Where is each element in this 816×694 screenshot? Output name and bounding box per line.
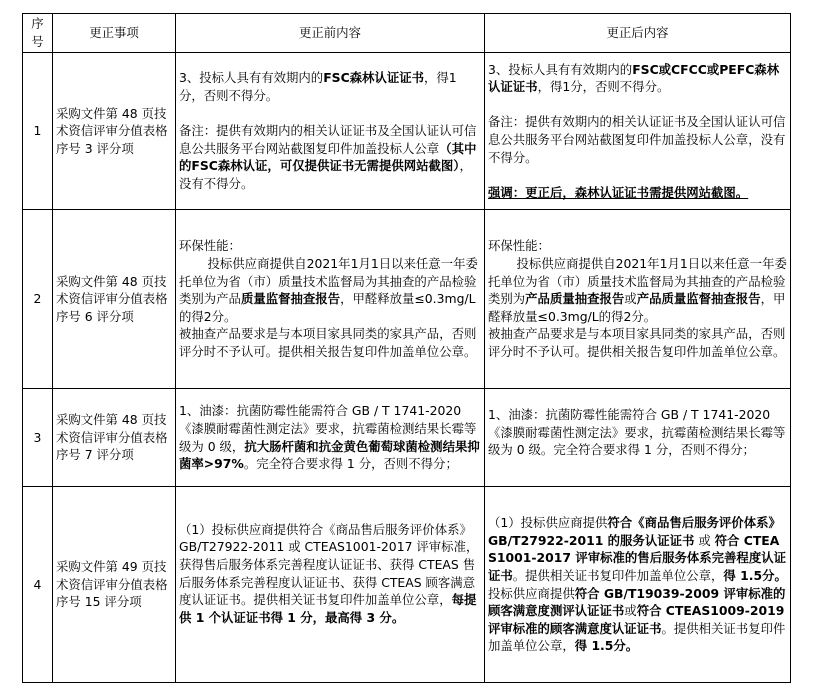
after-paragraph: 投标供应商提供自2021年1月1日以来任意一年委托单位为省（市）质量技术监督局为… [488,255,787,325]
bold-text: 得 1.5分。 [575,638,638,653]
before-paragraph: 3、投标人具有有效期内的FSC森林认证证书，得1分，否则不得分。 [179,69,481,104]
after-paragraph: （1）投标供应商提供符合《商品售后服务评价体系》GB/T27922-2011 的… [488,514,787,584]
table-row: 1 采购文件第 48 页技术资信评审分值表格序号 3 评分项 3、投标人具有有效… [23,53,791,210]
row-seq: 2 [23,210,53,389]
text: 或 [624,603,636,618]
table-row: 4 采购文件第 49 页技术资信评审分值表格序号 15 评分项 （1）投标供应商… [23,487,791,683]
bold-text: 产品质量监督抽查报告 [637,291,761,306]
before-content: 3、投标人具有有效期内的FSC森林认证证书，得1分，否则不得分。 备注：提供有效… [176,53,485,210]
before-paragraph: 被抽查产品要求是与本项目家具同类的家具产品，否则评分时不予认可。提供相关报告复印… [179,325,481,360]
after-paragraph: 1、油漆：抗菌防霉性能需符合 GB / T 1741-2020《漆膜耐霉菌性测定… [488,406,787,459]
after-paragraph: 投标供应商提供符合 GB/T19039-2009 评审标准的顾客满意度测评认证证… [488,585,787,655]
correction-table: 序号 更正事项 更正前内容 更正后内容 1 采购文件第 48 页技术资信评审分值… [22,13,791,683]
row-item: 采购文件第 48 页技术资信评审分值表格序号 7 评分项 [53,389,176,487]
before-paragraph: （1）投标供应商提供符合《商品售后服务评价体系》GB/T27922-2011 或… [179,521,481,627]
bold-text: 产品质量抽查报告 [525,291,624,306]
after-paragraph: 被抽查产品要求是与本项目家具同类的家具产品，否则评分时不予认可。提供相关报告复印… [488,325,787,360]
text: 3、投标人具有有效期内的 [179,70,323,85]
text: 或 [624,291,636,306]
after-content: （1）投标供应商提供符合《商品售后服务评价体系》GB/T27922-2011 的… [485,487,791,683]
row-seq: 1 [23,53,53,210]
before-note: 备注：提供有效期内的相关认证证书及全国认证认可信息公共服务平台网站截图复印件加盖… [179,122,481,192]
after-content: 1、油漆：抗菌防霉性能需符合 GB / T 1741-2020《漆膜耐霉菌性测定… [485,389,791,487]
after-note: 备注：提供有效期内的相关认证证书及全国认证认可信息公共服务平台网站截图复印件加盖… [488,113,787,166]
row-item: 采购文件第 49 页技术资信评审分值表格序号 15 评分项 [53,487,176,683]
before-content: 1、油漆：抗菌防霉性能需符合 GB / T 1741-2020《漆膜耐霉菌性测定… [176,389,485,487]
row-item: 采购文件第 48 页技术资信评审分值表格序号 3 评分项 [53,53,176,210]
table-row: 2 采购文件第 48 页技术资信评审分值表格序号 6 评分项 环保性能： 投标供… [23,210,791,389]
bold-text: FSC森林认证证书 [323,70,424,85]
emphasis-note: 强调：更正后，森林认证证书需提供网站截图。 [488,184,787,202]
header-seq: 序号 [23,14,53,53]
text: （1）投标供应商提供符合《商品售后服务评价体系》GB/T27922-2011 或… [179,522,478,607]
text: 。提供相关证书复印件加盖单位公章， [513,568,724,583]
text: ，得1分，否则不得分。 [538,79,670,94]
before-paragraph: 投标供应商提供自2021年1月1日以来任意一年委托单位为省（市）质量技术监督局为… [179,255,481,325]
row-seq: 3 [23,389,53,487]
table-row: 3 采购文件第 48 页技术资信评审分值表格序号 7 评分项 1、油漆：抗菌防霉… [23,389,791,487]
before-content: 环保性能： 投标供应商提供自2021年1月1日以来任意一年委托单位为省（市）质量… [176,210,485,389]
text: 或 [694,533,714,548]
text: 投标供应商提供 [488,586,575,601]
header-item: 更正事项 [53,14,176,53]
before-content: （1）投标供应商提供符合《商品售后服务评价体系》GB/T27922-2011 或… [176,487,485,683]
before-paragraph: 1、油漆：抗菌防霉性能需符合 GB / T 1741-2020《漆膜耐霉菌性测定… [179,402,481,472]
row-seq: 4 [23,487,53,683]
text: 3、投标人具有有效期内的 [488,62,632,77]
after-content: 环保性能： 投标供应商提供自2021年1月1日以来任意一年委托单位为省（市）质量… [485,210,791,389]
text: （1）投标供应商提供 [488,515,607,530]
header-after: 更正后内容 [485,14,791,53]
bold-text: 得 1.5分。 [723,568,786,583]
bold-text: 质量监督抽查报告 [241,291,340,306]
after-paragraph: 3、投标人具有有效期内的FSC或CFCC或PEFC森林认证证书，得1分，否则不得… [488,61,787,96]
section-title: 环保性能： [179,237,481,255]
after-content: 3、投标人具有有效期内的FSC或CFCC或PEFC森林认证证书，得1分，否则不得… [485,53,791,210]
section-title: 环保性能： [488,237,787,255]
header-before: 更正前内容 [176,14,485,53]
text: 备注：提供有效期内的相关认证证书及全国认证认可信息公共服务平台网站截图复印件加盖… [179,123,476,156]
header-row: 序号 更正事项 更正前内容 更正后内容 [23,14,791,53]
row-item: 采购文件第 48 页技术资信评审分值表格序号 6 评分项 [53,210,176,389]
text: 。完全符合要求得 1 分，否则不得分； [244,456,458,471]
